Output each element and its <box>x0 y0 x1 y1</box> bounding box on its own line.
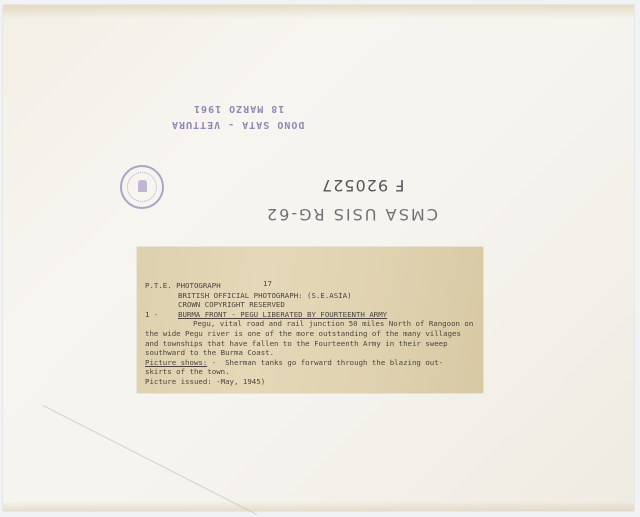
caption-header-label: P.T.E. PHOTOGRAPH <box>145 281 221 290</box>
handwritten-reference-number: F 920527 <box>321 176 404 195</box>
caption-text: P.T.E. PHOTOGRAPH 17 BRITISH OFFICIAL PH… <box>145 281 477 387</box>
caption-body-line: and townships that have fallen to the Fo… <box>145 339 477 349</box>
date-stamp: 18 MARZO 1961 <box>193 103 284 114</box>
seal-emblem-icon <box>138 180 147 192</box>
handwritten-archive-code: CMSA USIS RG-62 <box>265 205 438 224</box>
caption-headline: BURMA FRONT - PEGU LIBERATED BY FOURTEEN… <box>178 310 387 319</box>
picture-shows-continuation: skirts of the town. <box>145 367 477 377</box>
photo-number: 17 <box>263 279 272 289</box>
caption-source: BRITISH OFFICIAL PHOTOGRAPH: (S.E.ASIA) <box>145 291 477 301</box>
caption-headline-row: 1 -BURMA FRONT - PEGU LIBERATED BY FOURT… <box>145 310 477 320</box>
picture-shows-label: Picture shows: <box>145 358 207 367</box>
caption-clipping: P.T.E. PHOTOGRAPH 17 BRITISH OFFICIAL PH… <box>137 247 483 393</box>
picture-shows-text: - Sherman tanks go forward through the b… <box>207 358 443 367</box>
item-marker: 1 - <box>145 310 178 320</box>
picture-issued: Picture issued: -May, 1945) <box>145 377 477 387</box>
caption-body-line: southward to the Burma Coast. <box>145 348 477 358</box>
caption-header-row: P.T.E. PHOTOGRAPH 17 <box>145 281 477 291</box>
caption-body-line: the wide Pegu river is one of the more o… <box>145 329 477 339</box>
archive-seal-icon <box>120 165 164 209</box>
paper-crease <box>43 405 257 515</box>
picture-shows-row: Picture shows: - Sherman tanks go forwar… <box>145 358 477 368</box>
caption-body-line: Pegu, vital road and rail junction 50 mi… <box>145 319 477 329</box>
donor-stamp: DONO SATA - VETTURA <box>171 119 304 130</box>
caption-copyright: CROWN COPYRIGHT RESERVED <box>145 300 477 310</box>
